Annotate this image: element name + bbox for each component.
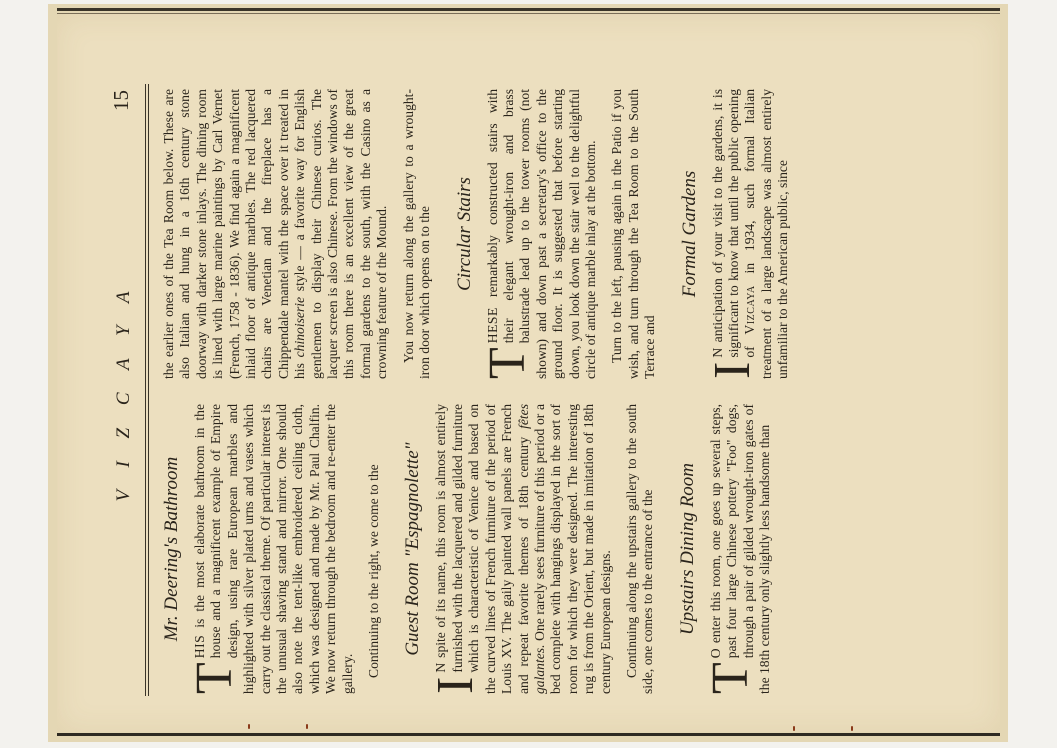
paragraph: IN anticipation of your visit to the gar… bbox=[710, 89, 792, 379]
lead-caps: N bbox=[433, 662, 448, 672]
right-column: the earlier ones of the Tea Room below. … bbox=[161, 89, 792, 379]
paragraph: THIS is the most elaborate bathroom in t… bbox=[192, 404, 356, 694]
paragraph: the earlier ones of the Tea Room below. … bbox=[161, 89, 391, 379]
running-title: V I Z C A Y A bbox=[113, 92, 135, 692]
page-header: V I Z C A Y A 15 bbox=[105, 92, 145, 692]
section-heading: Guest Room "Espagnolette" bbox=[402, 404, 424, 694]
paragraph-text: remarkably constructed stairs with their… bbox=[485, 89, 598, 379]
lead-caps: HIS bbox=[192, 635, 207, 658]
italic-phrase: chinoiserie bbox=[292, 297, 307, 357]
paragraph-text: spite of its name, this room is almost e… bbox=[433, 404, 530, 694]
paragraph-text: the earlier ones of the Tea Room below. … bbox=[161, 89, 307, 379]
drop-cap: T bbox=[194, 662, 236, 694]
rotated-page: V I Z C A Y A 15 Mr. Deering's Bathroom … bbox=[57, 14, 1000, 732]
paragraph: You now return along the gallery to a wr… bbox=[401, 89, 434, 379]
page-number: 15 bbox=[109, 90, 134, 111]
drop-cap: I bbox=[435, 677, 477, 694]
paragraph-text: is the most elaborate bathroom in the ho… bbox=[192, 404, 355, 694]
paragraph: TO enter this room, one goes up several … bbox=[708, 404, 774, 694]
paragraph: THESE remarkably constructed stairs with… bbox=[485, 89, 600, 379]
paragraph: IN spite of its name, this room is almos… bbox=[433, 404, 613, 694]
lead-caps: N bbox=[710, 347, 725, 357]
page-edge-spine bbox=[57, 733, 1000, 736]
drop-cap: I bbox=[712, 362, 754, 379]
page-edge-top bbox=[57, 8, 1000, 11]
section-heading: Circular Stairs bbox=[454, 89, 476, 379]
paragraph: Turn to the left, pausing again in the P… bbox=[609, 89, 658, 379]
paragraph: Continuing to the right, we come to the bbox=[366, 404, 382, 694]
section-heading: Mr. Deering's Bathroom bbox=[161, 404, 183, 694]
section-heading: Formal Gardens bbox=[679, 89, 701, 379]
header-rule bbox=[145, 84, 146, 696]
section-heading: Upstairs Dining Room bbox=[677, 404, 699, 694]
drop-cap: T bbox=[710, 662, 752, 694]
lead-caps: O bbox=[708, 648, 723, 658]
small-caps-name: Vizcaya bbox=[742, 285, 757, 334]
header-rule bbox=[148, 84, 149, 696]
lead-caps: HESE bbox=[485, 307, 500, 343]
drop-cap: T bbox=[487, 347, 529, 379]
paragraph: Continuing along the upstairs gallery to… bbox=[624, 404, 657, 694]
left-column: Mr. Deering's Bathroom THIS is the most … bbox=[161, 404, 773, 694]
